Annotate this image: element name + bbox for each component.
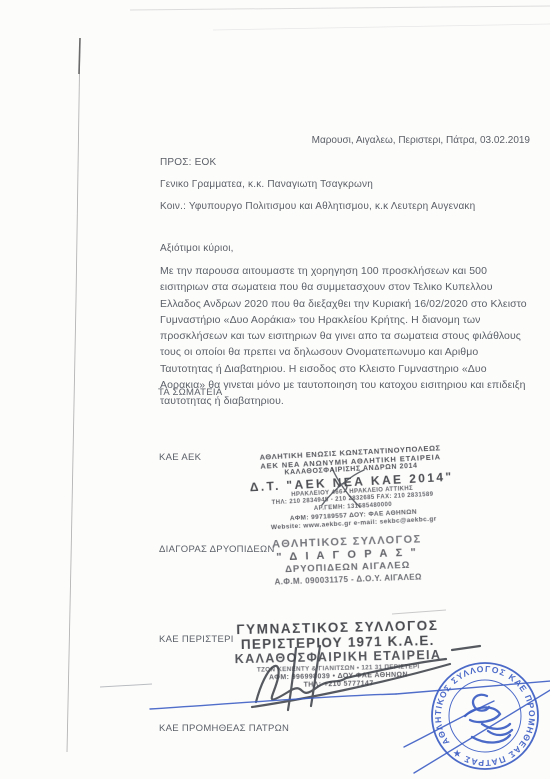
club-label-aek: ΚΑΕ ΑΕΚ xyxy=(159,452,201,463)
scan-artifact-line xyxy=(100,684,152,687)
round-stamp-inner-circle xyxy=(449,680,521,752)
club-label-peristeri: ΚΑΕ ΠΕΡΙΣΤΕΡΙ xyxy=(159,634,234,645)
peristeri-stamp: ΓΥΜΝΑΣΤΙΚΟΣ ΣΥΛΛΟΓΟΣ ΠΕΡΙΣΤΕΡΙΟΥ 1971 Κ.… xyxy=(223,618,452,692)
date-line: Μαρουσι, Αιγαλεω, Περιστερι, Πάτρα, 03.0… xyxy=(250,135,530,146)
dove-logo-icon xyxy=(465,695,512,743)
diagoras-stamp: ΑΘΛΗΤΙΚΟΣ ΣΥΛΛΟΓΟΣ " Δ Ι Α Γ Ο Ρ Α Σ " Δ… xyxy=(249,533,446,589)
scan-artifact-line xyxy=(392,610,446,614)
scanned-letter-page: Μαρουσι, Αιγαλεω, Περιστερι, Πάτρα, 03.0… xyxy=(0,0,550,779)
attention-line: Γενικο Γραμματεα, κ.κ. Παναγιωτη Τσαγκρω… xyxy=(160,179,373,190)
salutation: Αξιότιμοι κύριοι, xyxy=(160,243,234,254)
cc-line: Κοιν.: Υφυπουργο Πολιτισμου και Αθλητισμ… xyxy=(160,201,475,212)
scan-fold-line-dark xyxy=(79,38,80,74)
scan-fold-line xyxy=(67,38,80,752)
recipient-line: ΠΡΟΣ: ΕΟΚ xyxy=(160,157,216,168)
aek-stamp: ΑΘΛΗΤΙΚΗ ΕΝΩΣΙΣ ΚΩΝΣΤΑΝΤΙΝΟΥΠΟΛΕΩΣ ΑΕΚ Ν… xyxy=(222,441,482,535)
club-label-promitheas: ΚΑΕ ΠΡΟΜΗΘΕΑΣ ΠΑΤΡΩΝ xyxy=(159,723,289,734)
clubs-heading: ΤΑ ΣΩΜΑΤΕΙΑ xyxy=(158,387,222,398)
scan-artifact-line xyxy=(213,24,550,30)
scan-artifact-line xyxy=(130,6,550,10)
